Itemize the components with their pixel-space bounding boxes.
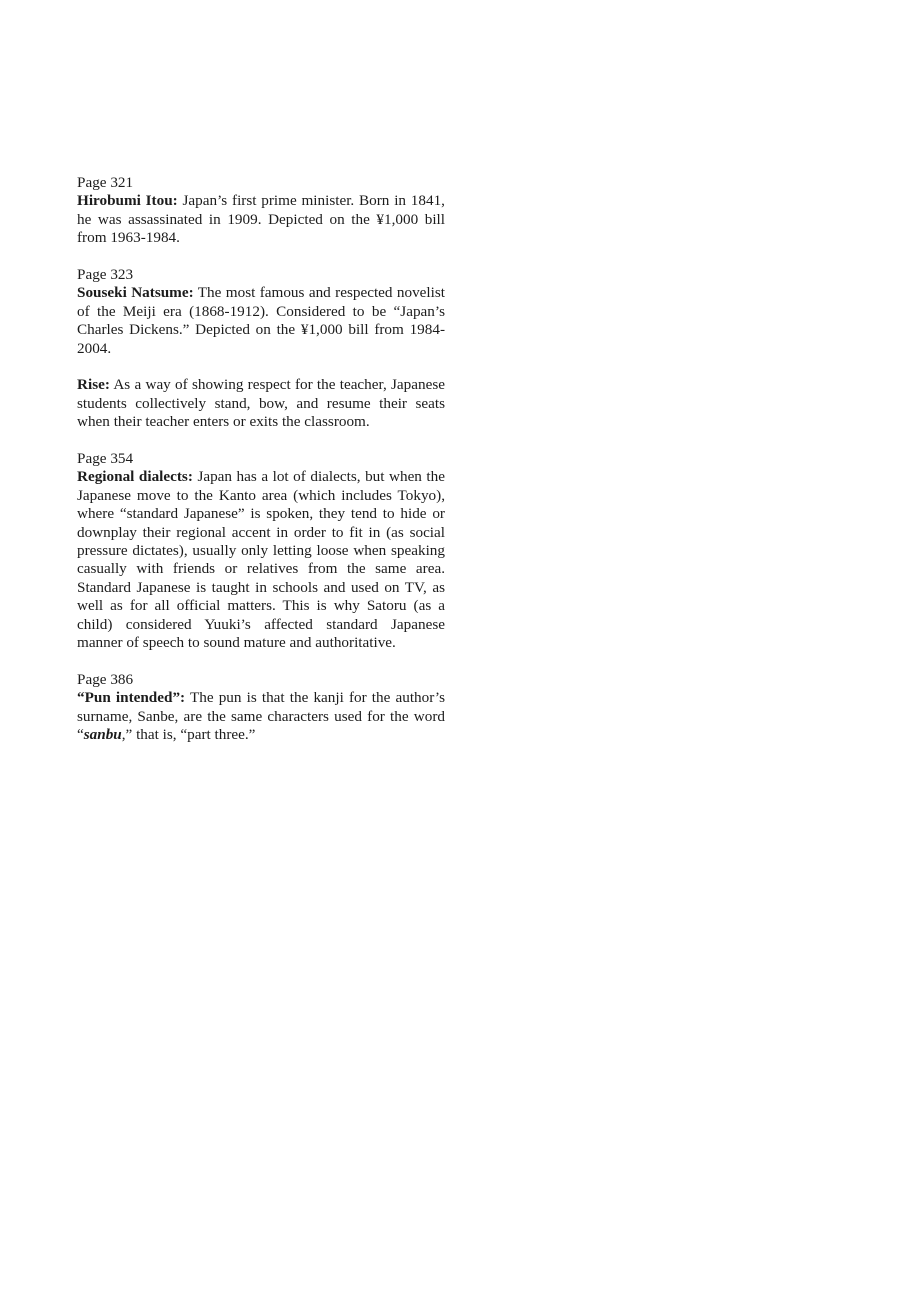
- note-term: Rise:: [77, 376, 110, 393]
- note-body: Hirobumi Itou: Japan’s first prime minis…: [77, 192, 445, 247]
- note-text: ,” that is, “part three.”: [122, 726, 256, 743]
- note-entry-pun-intended: Page 386 “Pun intended”: The pun is that…: [77, 671, 445, 745]
- note-entry-hirobumi-itou: Page 321 Hirobumi Itou: Japan’s first pr…: [77, 174, 445, 248]
- page-reference: Page 386: [77, 671, 445, 689]
- note-entry-rise: Rise: As a way of showing respect for th…: [77, 376, 445, 431]
- page-reference: Page 323: [77, 266, 445, 284]
- note-term: Souseki Natsume:: [77, 284, 194, 301]
- note-body: Regional dialects: Japan has a lot of di…: [77, 468, 445, 652]
- note-term: Regional dialects:: [77, 468, 193, 485]
- page-reference: Page 321: [77, 174, 445, 192]
- note-entry-regional-dialects: Page 354 Regional dialects: Japan has a …: [77, 450, 445, 652]
- note-entry-souseki-natsume: Page 323 Souseki Natsume: The most famou…: [77, 266, 445, 358]
- note-text: As a way of showing respect for the teac…: [77, 376, 445, 430]
- note-term: “Pun intended”:: [77, 689, 185, 706]
- note-italic-word: sanbu: [84, 726, 122, 743]
- note-body: Rise: As a way of showing respect for th…: [77, 376, 445, 431]
- translation-notes-page: Page 321 Hirobumi Itou: Japan’s first pr…: [77, 174, 445, 763]
- note-body: Souseki Natsume: The most famous and res…: [77, 284, 445, 358]
- note-term: Hirobumi Itou:: [77, 192, 178, 209]
- page-reference: Page 354: [77, 450, 445, 468]
- note-body: “Pun intended”: The pun is that the kanj…: [77, 689, 445, 744]
- note-text: Japan has a lot of dialects, but when th…: [77, 468, 445, 651]
